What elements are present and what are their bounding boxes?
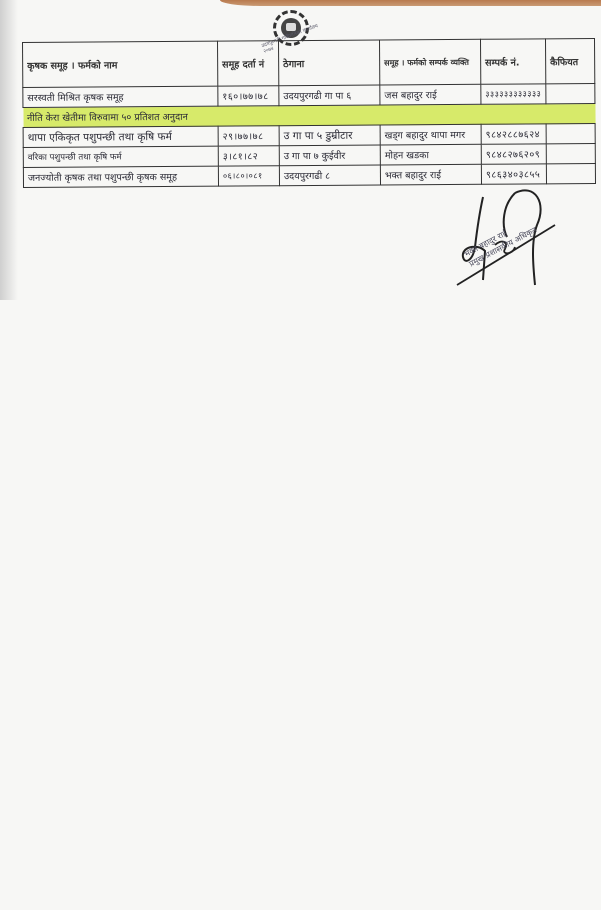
desk-edge [220,0,601,6]
farmer-group-table: कृषक समूह । फर्मको नाम समूह दर्ता नं ठेग… [22,38,596,188]
header-address: ठेगाना [278,40,379,86]
header-contact-person: समूह । फर्मको सम्पर्क व्यक्ति [379,39,480,85]
cell-contact-person: मोहन खडका [380,144,481,165]
cell-address: उ गा पा ५ डुम्रीटार [279,125,380,146]
cell-remarks [546,84,595,104]
cell-remarks [546,124,595,144]
scanned-document-page: उदयपुरगढी गाउँपालिका कार्यालय २०७४ कृषक … [0,0,601,910]
cell-remarks [546,144,595,164]
header-group-name: कृषक समूह । फर्मको नाम [23,41,218,87]
cell-contact-no: ९८६३४०३८५५ [481,164,546,184]
cell-group-name: जनज्योती कृषक तथा पशुपन्छी कृषक समूह [23,166,218,187]
table-header-row: कृषक समूह । फर्मको नाम समूह दर्ता नं ठेग… [23,39,595,88]
cell-remarks [546,164,595,184]
cell-reg-no: २९।७७।७८ [218,126,279,146]
page-fold-shadow [0,0,18,300]
cell-contact-no: ९८४२८८७६२४ [481,124,546,144]
cell-reg-no: ३।८१।८२ [218,146,279,166]
cell-contact-no: ३३३३३३३३३३३३ [481,84,546,104]
header-reg-no: समूह दर्ता नं [217,41,278,86]
cell-contact-person: जस बहादुर राई [380,84,481,105]
table-row: जनज्योती कृषक तथा पशुपन्छी कृषक समूह ०६।… [23,164,595,188]
cell-reg-no: १६०।७७।७८ [218,86,279,106]
cell-contact-person: भक्त बहादुर राई [380,164,481,185]
cell-contact-no: ९८४८२७६२०९ [481,144,546,164]
cell-contact-person: खड्ग बहादुर थापा मगर [380,124,481,145]
cell-reg-no: ०६।८०।०८१ [218,166,279,186]
cell-address: उ गा पा ७ कुईवीर [279,145,380,166]
header-contact-no: सम्पर्क नं. [480,39,545,84]
cell-address: उदयपुरगढी ८ [279,165,380,186]
cell-group-name: सरस्वती मिश्रित कृषक समूह [23,86,218,107]
header-remarks: कैफियत [545,39,594,84]
cell-group-name: थापा एकिकृत पशुपन्छी तथा कृषि फर्म [23,126,218,147]
cell-address: उदयपुरगढी गा पा ६ [279,85,380,106]
cell-group-name: वरिका पशुपन्छी तथा कृषि फर्म [23,146,218,167]
